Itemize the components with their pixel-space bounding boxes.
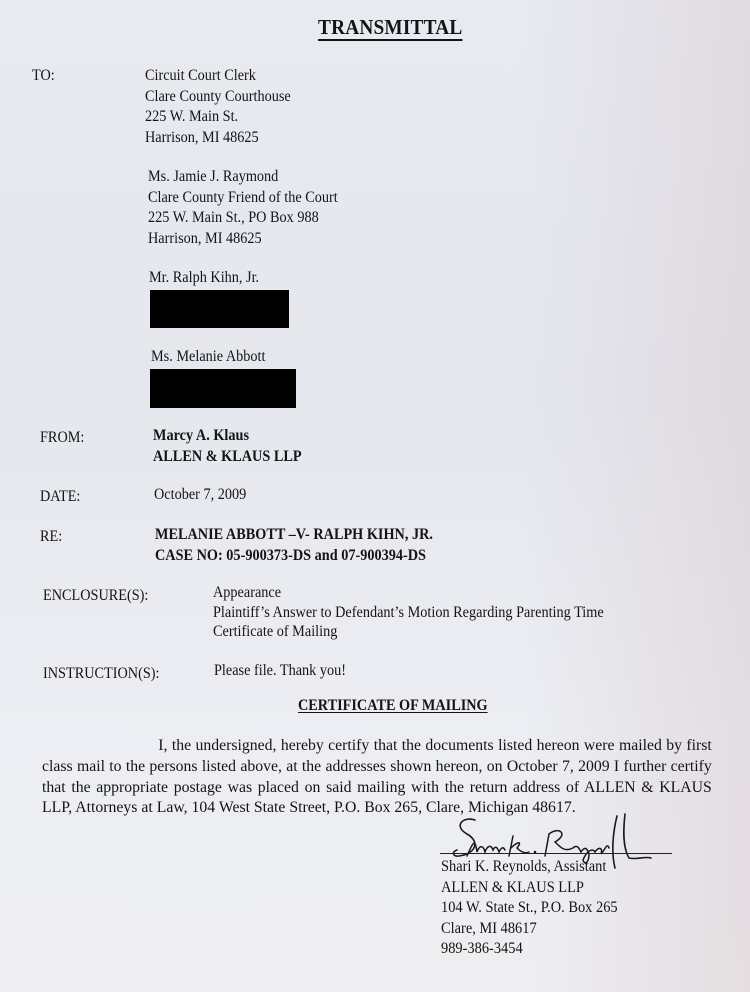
recipient-line: 225 W. Main St. [145, 107, 291, 128]
enclosure-item: Certificate of Mailing [213, 622, 604, 642]
enclosures-label: ENCLOSURE(S): [43, 586, 148, 606]
signature-line [440, 853, 672, 854]
case-caption: MELANIE ABBOTT –V- RALPH KIHN, JR. [155, 525, 433, 546]
recipient-name: Ms. Melanie Abbott [151, 347, 265, 368]
recipient-line: Harrison, MI 48625 [145, 128, 291, 149]
re-label: RE: [40, 527, 62, 547]
from-firm: ALLEN & KLAUS LLP [153, 447, 302, 468]
recipient-line: Ms. Jamie J. Raymond [148, 167, 338, 188]
date-value: October 7, 2009 [154, 485, 246, 506]
re-block: MELANIE ABBOTT –V- RALPH KIHN, JR. CASE … [155, 525, 433, 566]
redacted-address-block [150, 290, 289, 328]
from-label: FROM: [40, 428, 84, 448]
date-label: DATE: [40, 487, 80, 507]
recipient-ralph-kihn: Mr. Ralph Kihn, Jr. [149, 268, 259, 289]
signer-line: ALLEN & KLAUS LLP [441, 878, 618, 899]
transmittal-page: TRANSMITTAL TO: Circuit Court Clerk Clar… [0, 0, 750, 992]
recipient-line: Harrison, MI 48625 [148, 229, 338, 250]
recipient-circuit-court-clerk: Circuit Court Clerk Clare County Courtho… [145, 66, 291, 148]
enclosure-item: Appearance [213, 583, 604, 603]
instructions-label: INSTRUCTION(S): [43, 664, 159, 684]
recipient-line: Circuit Court Clerk [145, 66, 291, 87]
recipient-melanie-abbott: Ms. Melanie Abbott [151, 347, 265, 368]
enclosure-item: Plaintiff’s Answer to Defendant’s Motion… [213, 603, 604, 623]
recipient-friend-of-court: Ms. Jamie J. Raymond Clare County Friend… [148, 167, 338, 249]
recipient-line: 225 W. Main St., PO Box 988 [148, 208, 338, 229]
instructions-value: Please file. Thank you! [214, 661, 346, 682]
signer-phone: 989-386-3454 [441, 939, 618, 960]
recipient-line: Clare County Friend of the Court [148, 188, 338, 209]
from-block: Marcy A. Klaus ALLEN & KLAUS LLP [153, 426, 302, 467]
signer-block: Shari K. Reynolds, Assistant ALLEN & KLA… [441, 857, 618, 960]
case-number: CASE NO: 05-900373-DS and 07-900394-DS [155, 546, 433, 567]
enclosures-list: Appearance Plaintiff’s Answer to Defenda… [213, 583, 604, 642]
certificate-body: I, the undersigned, hereby certify that … [42, 736, 712, 819]
signer-line: Shari K. Reynolds, Assistant [441, 857, 618, 878]
certificate-title: CERTIFICATE OF MAILING [298, 697, 488, 715]
from-name: Marcy A. Klaus [153, 426, 302, 447]
recipient-line: Clare County Courthouse [145, 87, 291, 108]
certificate-text: I, the undersigned, hereby certify that … [42, 737, 712, 816]
recipient-name: Mr. Ralph Kihn, Jr. [149, 268, 259, 289]
redacted-address-block [150, 369, 296, 408]
to-label: TO: [32, 66, 55, 86]
signer-line: 104 W. State St., P.O. Box 265 [441, 898, 618, 919]
signer-line: Clare, MI 48617 [441, 919, 618, 940]
document-title: TRANSMITTAL [318, 16, 462, 41]
